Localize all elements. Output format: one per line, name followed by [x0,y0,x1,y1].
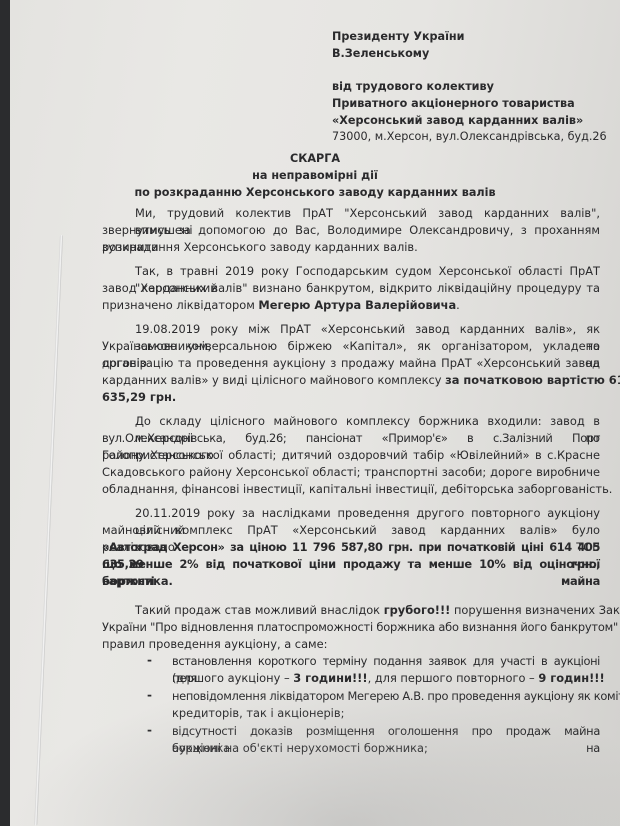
p2-line2: завод карданних валів" визнано банкрутом… [102,280,600,297]
title-heading: СКАРГА [10,150,620,167]
violation-2-line1: неповідомлення ліквідатором Мегерею А.В.… [172,688,620,705]
bullet-dash: - [147,653,152,667]
p3-line3: організацію та проведення аукціону з про… [102,355,600,372]
p3-line4: карданних валів» у виді цілісного майнов… [102,372,620,389]
violation-2-line2: кредиторів, так і акціонерів; [172,705,344,722]
violation-3-line2: аукціоні на об'єкті нерухомості боржника… [172,740,428,757]
addressee-to-line2: В.Зеленському [332,45,429,62]
p4-line5: обладнання, фінансові інвестиції, капіта… [102,481,612,498]
liquidator-name: Мегерю Артура Валерійовича [258,298,456,312]
initial-price-text: за початковою вартістю 614 405 [445,373,620,387]
emphasis-gross: грубого!!! [384,603,451,617]
violation-1-line2: першого аукціону – 3 години!!!, для перш… [172,670,605,687]
sender-line1: від трудового колективу [332,78,494,95]
p1-line3: розкрадання Херсонського заводу карданни… [102,239,418,256]
bullet-dash: - [147,688,152,702]
p2-line3: призначено ліквідатором Мегерю Артура Ва… [102,297,460,314]
addressee-to-line1: Президенту України [332,28,465,45]
p6-line2: України "Про відновлення платоспроможнос… [102,619,618,636]
p6-line1: Такий продаж став можливий внаслідок гру… [135,602,620,619]
p5-line4: що менше 2% від початкової ціни продажу … [102,556,600,590]
p4-line3: району Херсонської області; дитячий оздо… [102,447,600,464]
sender-line2: Приватного акціонерного товариства [332,95,575,112]
sender-address: 73000, м.Херсон, вул.Олександрівська, бу… [332,128,607,145]
bullet-dash: - [147,723,152,737]
p3-line5: 635,29 грн. [102,389,176,406]
p6-line3: правил проведення аукціону, а саме: [102,636,328,653]
p4-line4: Скадовського району Херсонської області;… [102,464,600,481]
title-subtitle2: по розкраданню Херсонського заводу карда… [10,184,620,201]
p5-line5: боржника. [102,573,173,590]
document-page: Президенту України В.Зеленському від тру… [10,0,620,826]
sender-line3: «Херсонський завод карданних валів» [332,112,583,129]
binding-string [34,235,63,826]
title-subtitle1: на неправомірні дії [10,167,620,184]
